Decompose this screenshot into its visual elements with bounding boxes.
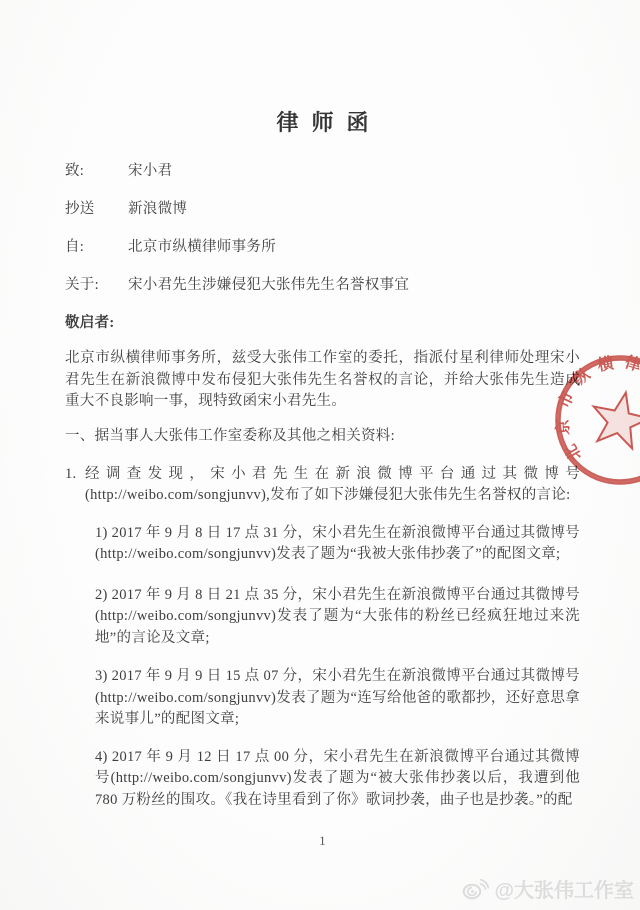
recipient-label: 致: (65, 163, 128, 179)
recipient-label: 抄送 (65, 201, 128, 217)
recipient-label: 关于: (65, 277, 128, 293)
recipient-value: 北京市纵横律师事务所 (128, 239, 580, 255)
statement-item-4: 4) 2017 年 9 月 12 日 17 点 00 分，宋小君先生在新浪微博平… (95, 747, 580, 812)
recipient-value: 宋小君 (128, 163, 580, 179)
section-heading: 一、据当事人大张伟工作室委称及其他之相关资料: (65, 428, 580, 444)
watermark-handle: @大张伟工作室 (494, 874, 634, 903)
finding-marker: 1. (65, 464, 85, 507)
recipient-value: 宋小君先生涉嫌侵犯大张伟先生名誉权事宜 (128, 277, 580, 293)
recipient-value: 新浪微博 (128, 201, 580, 217)
recipient-row-subject: 关于: 宋小君先生涉嫌侵犯大张伟先生名誉权事宜 (65, 277, 580, 293)
salutation: 敬启者: (65, 315, 580, 331)
seal-star-icon (587, 387, 640, 451)
page-number: 1 (65, 833, 580, 849)
weibo-logo-icon (461, 877, 489, 901)
intro-paragraph: 北京市纵横律师事务所，兹受大张伟工作室的委托，指派付星利律师处理宋小君先生在新浪… (65, 348, 580, 413)
lawyer-letter-page: 律师函 致: 宋小君 抄送 新浪微博 自: 北京市纵横律师事务所 关于: 宋小君… (0, 0, 640, 910)
letter-title: 律师函 (65, 106, 580, 137)
letter-content: 律师函 致: 宋小君 抄送 新浪微博 自: 北京市纵横律师事务所 关于: 宋小君… (65, 0, 580, 849)
recipient-row-cc: 抄送 新浪微博 (65, 201, 580, 217)
finding-text: 经调查发现，宋小君先生在新浪微博平台通过其微博号(http://weibo.co… (85, 464, 580, 507)
weibo-watermark: @大张伟工作室 (461, 874, 634, 903)
recipient-label: 自: (65, 239, 128, 255)
statement-item-1: 1) 2017 年 9 月 8 日 17 点 31 分，宋小君先生在新浪微博平台… (95, 523, 580, 566)
recipient-row-to: 致: 宋小君 (65, 163, 580, 179)
statement-item-2: 2) 2017 年 9 月 8 日 21 点 35 分，宋小君先生在新浪微博平台… (95, 585, 580, 650)
statement-item-3: 3) 2017 年 9 月 9 日 15 点 07 分，宋小君先生在新浪微博平台… (95, 666, 580, 731)
letter-header-block: 致: 宋小君 抄送 新浪微博 自: 北京市纵横律师事务所 关于: 宋小君先生涉嫌… (65, 163, 580, 293)
recipient-row-from: 自: 北京市纵横律师事务所 (65, 239, 580, 255)
finding-item: 1. 经调查发现，宋小君先生在新浪微博平台通过其微博号(http://weibo… (65, 464, 580, 507)
